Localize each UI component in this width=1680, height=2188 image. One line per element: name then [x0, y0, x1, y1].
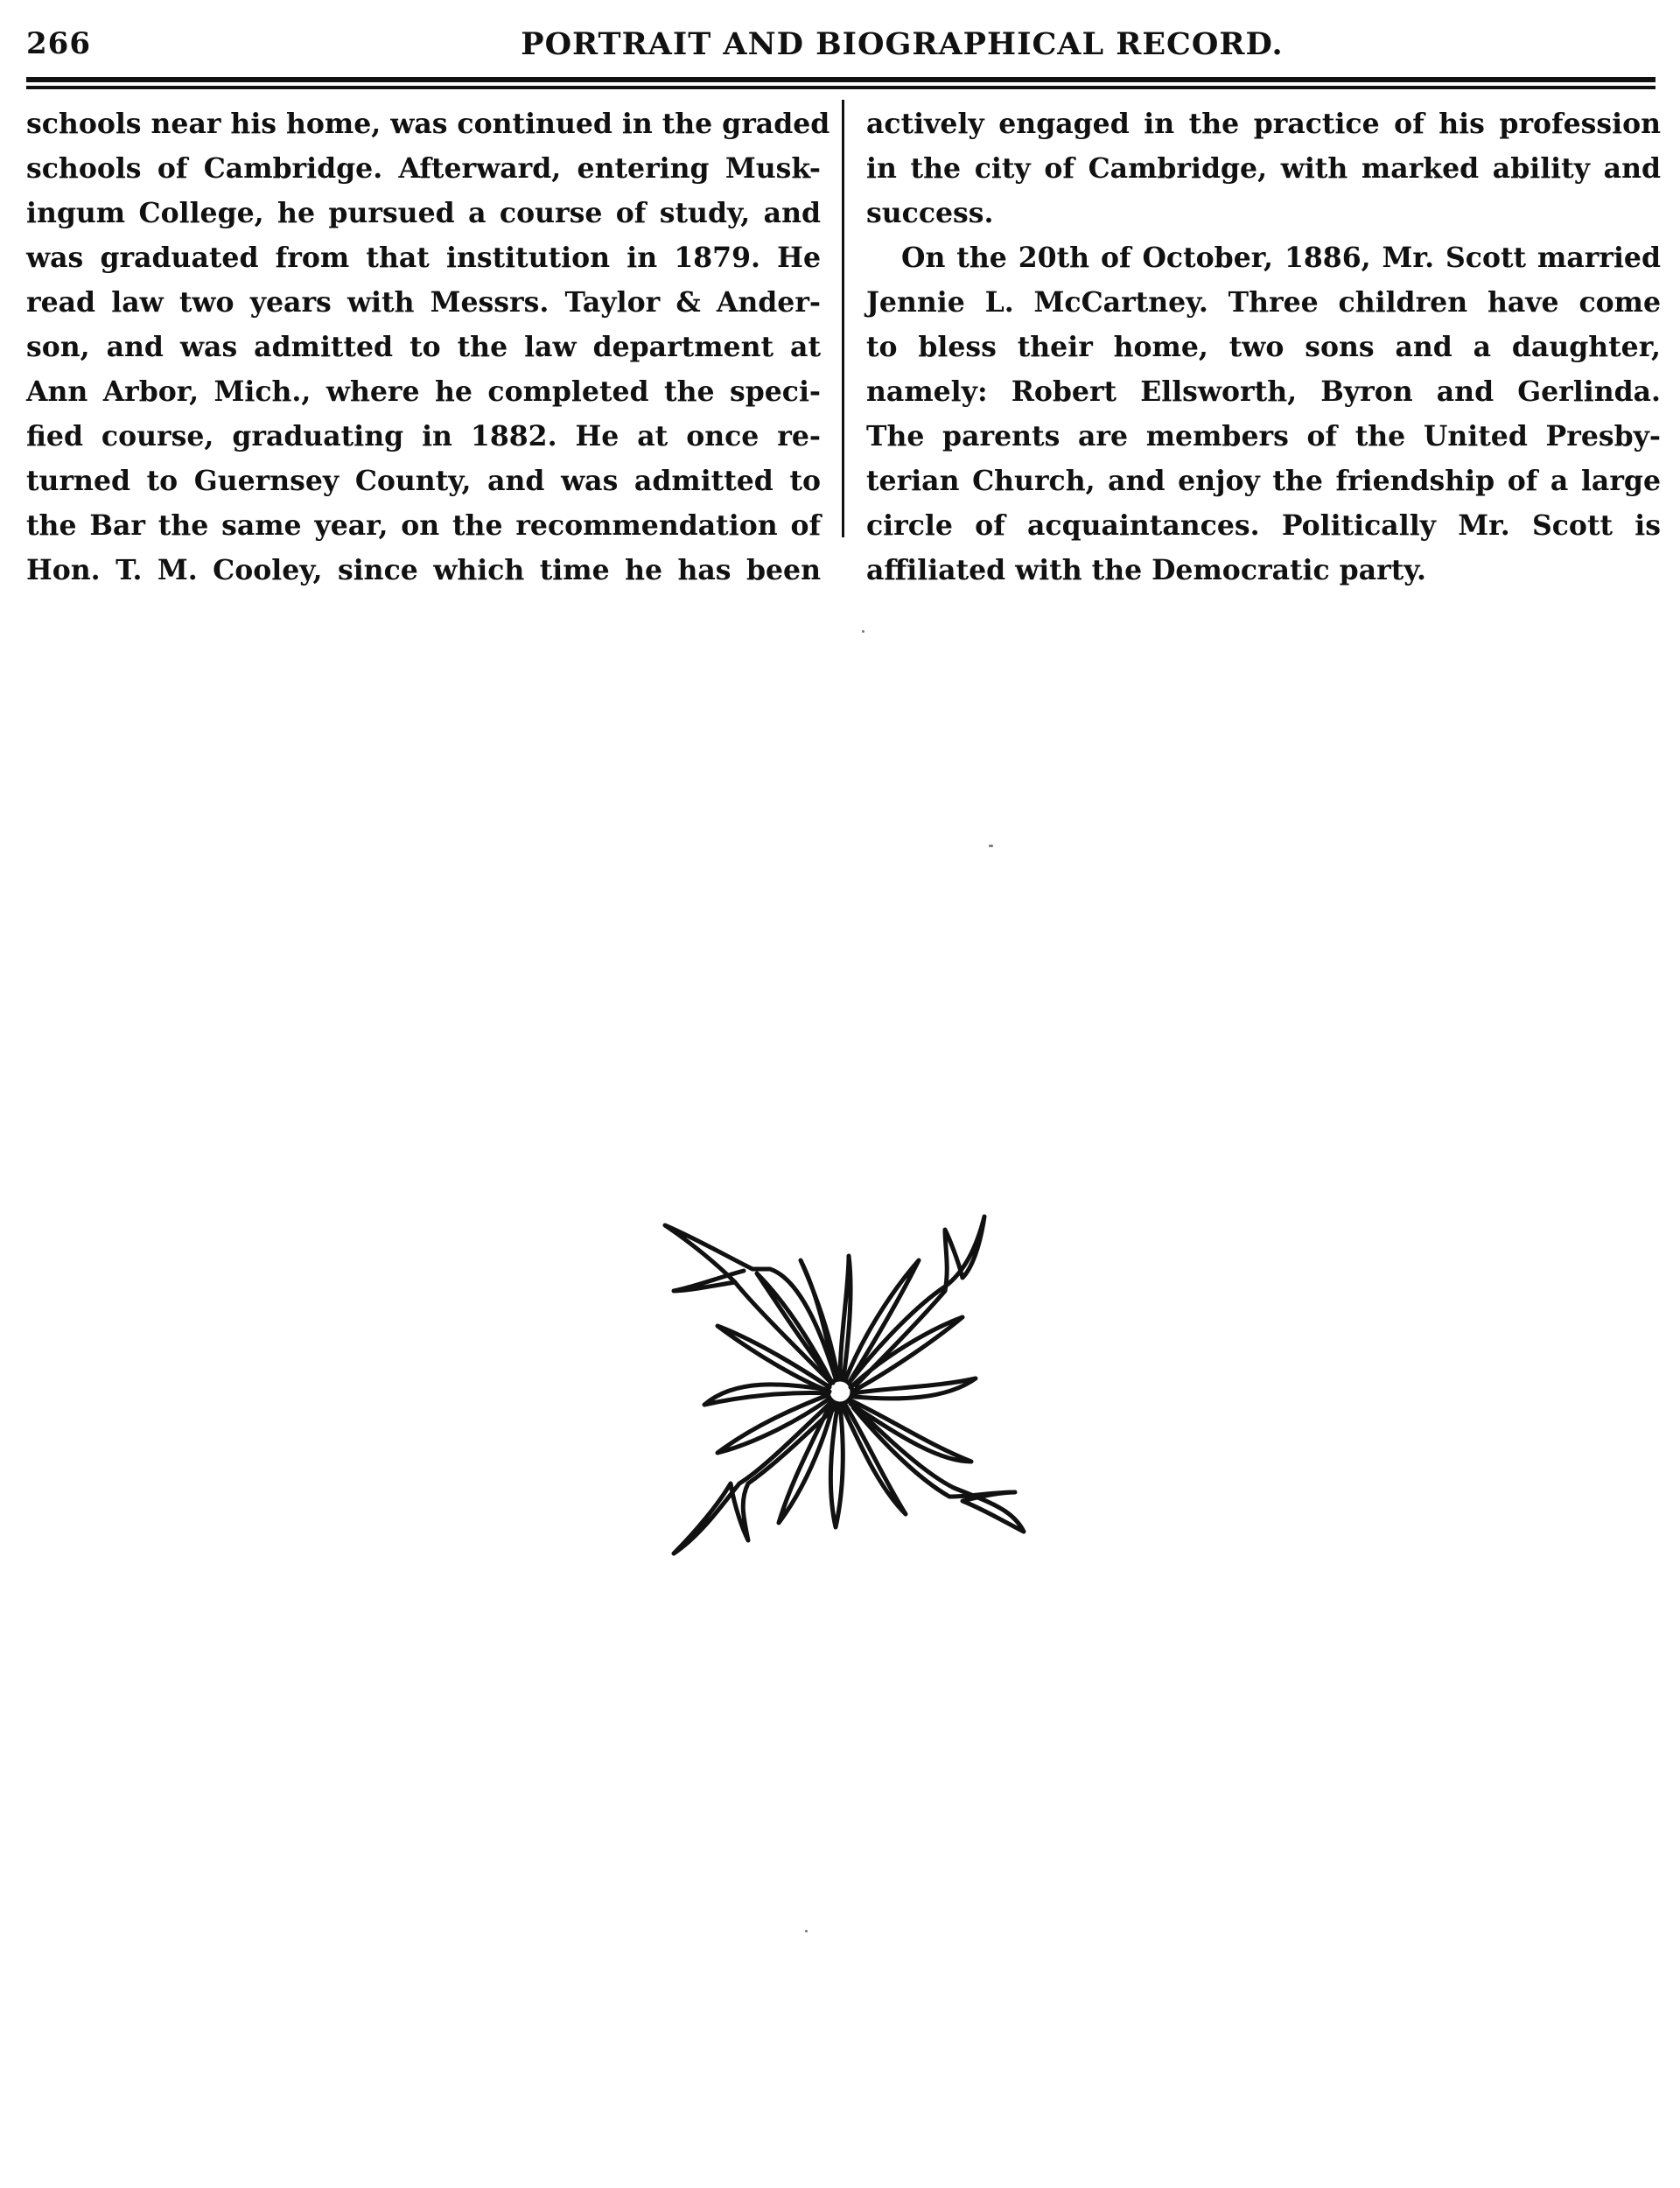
paragraph: On the 20th of October, 1886, Mr. Scott … [866, 235, 1661, 593]
text-line: terian Church, and enjoy the friendship … [866, 459, 1661, 503]
paper-speck [990, 845, 993, 847]
text-line: affiliated with the Democratic party. [866, 548, 1661, 593]
text-line: success. [866, 191, 1661, 235]
header-rule-thick [26, 77, 1655, 82]
text-line: Hon. T. M. Cooley, since which time he h… [26, 548, 821, 593]
text-line: the Bar the same year, on the recommenda… [26, 503, 821, 548]
text-line: Jennie L. McCartney. Three children have… [866, 280, 1661, 325]
text-line: son, and was admitted to the law departm… [26, 325, 821, 369]
page-header: 266 PORTRAIT AND BIOGRAPHICAL RECORD. [26, 19, 1655, 72]
text-line: circle of acquaintances. Politically Mr.… [866, 503, 1661, 548]
left-column: schools near his home, was continued in … [26, 102, 821, 593]
running-title: PORTRAIT AND BIOGRAPHICAL RECORD. [26, 26, 1655, 62]
paragraph: actively engaged in the practice of his … [866, 102, 1661, 235]
text-line: Ann Arbor, Mich., where he completed the… [26, 369, 821, 414]
paper-speck [805, 1930, 808, 1932]
paragraph: schools near his home, was continued in … [26, 102, 821, 593]
text-line: schools of Cambridge. Afterward, enterin… [26, 146, 821, 191]
header-rule-thin [26, 86, 1655, 89]
text-line: namely: Robert Ellsworth, Byron and Gerl… [866, 369, 1661, 414]
text-line: turned to Guernsey County, and was admit… [26, 459, 821, 503]
text-line: in the city of Cambridge, with marked ab… [866, 146, 1661, 191]
text-line: was graduated from that institution in 1… [26, 235, 821, 280]
floral-ornament-icon [656, 1208, 1032, 1567]
text-line: schools near his home, was continued in … [26, 102, 821, 146]
text-line: The parents are members of the United Pr… [866, 414, 1661, 459]
text-line: to bless their home, two sons and a daug… [866, 325, 1661, 369]
text-line: fied course, graduating in 1882. He at o… [26, 414, 821, 459]
text-line: On the 20th of October, 1886, Mr. Scott … [866, 235, 1661, 280]
text-line: ingum College, he pursued a course of st… [26, 191, 821, 235]
right-column: actively engaged in the practice of his … [866, 102, 1661, 593]
text-line: actively engaged in the practice of his … [866, 102, 1661, 146]
text-line: read law two years with Messrs. Taylor &… [26, 280, 821, 325]
paper-speck [862, 630, 864, 633]
column-divider [842, 100, 844, 537]
